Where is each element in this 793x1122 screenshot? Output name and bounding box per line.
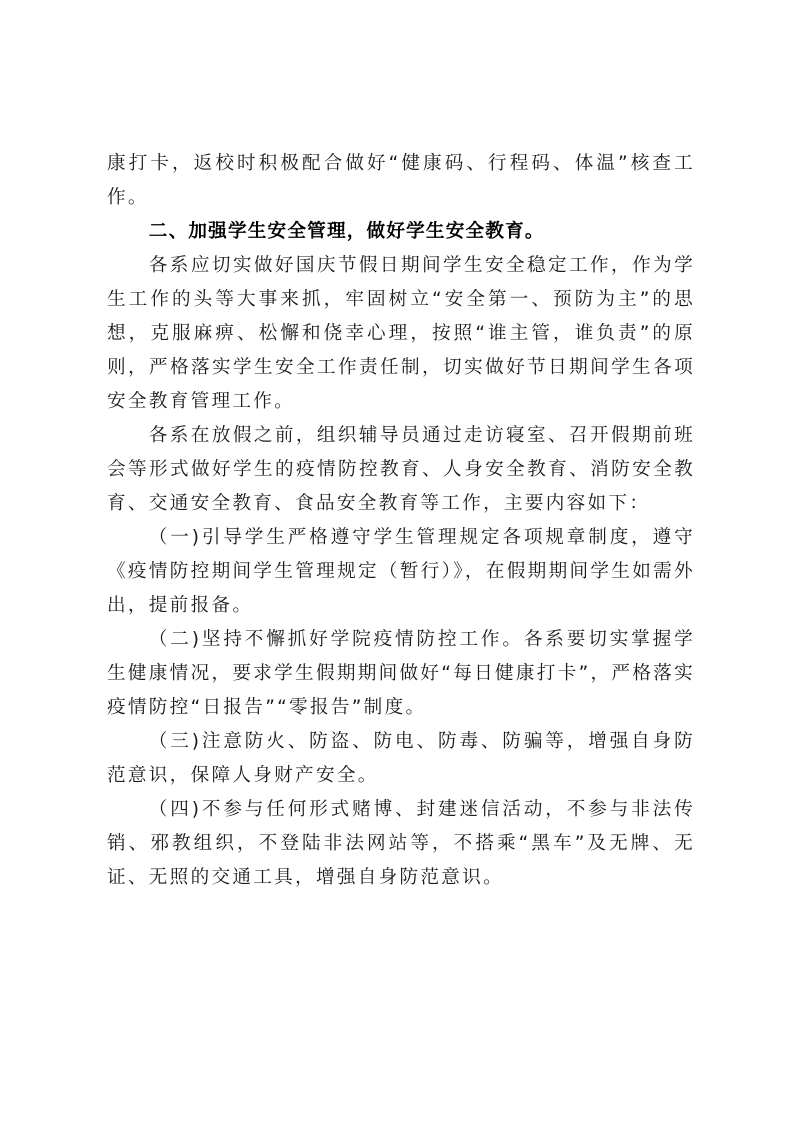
document-page: 康打卡，返校时积极配合做好“健康码、行程码、体温”核查工作。 二、加强学生安全管… bbox=[0, 0, 793, 1122]
section-heading: 二、加强学生安全管理，做好学生安全教育。 bbox=[107, 215, 695, 249]
list-item-1: （一)引导学生严格遵守学生管理规定各项规章制度，遵守《疫情防控期间学生管理规定（… bbox=[107, 521, 695, 623]
document-body: 康打卡，返校时积极配合做好“健康码、行程码、体温”核查工作。 二、加强学生安全管… bbox=[107, 147, 695, 895]
paragraph-continuation: 康打卡，返校时积极配合做好“健康码、行程码、体温”核查工作。 bbox=[107, 147, 695, 215]
paragraph-body: 各系在放假之前，组织辅导员通过走访寝室、召开假期前班会等形式做好学生的疫情防控教… bbox=[107, 419, 695, 521]
list-item-3: （三)注意防火、防盗、防电、防毒、防骗等，增强自身防范意识，保障人身财产安全。 bbox=[107, 725, 695, 793]
list-item-4: （四)不参与任何形式赌博、封建迷信活动，不参与非法传销、邪教组织，不登陆非法网站… bbox=[107, 793, 695, 895]
list-item-2: （二)坚持不懈抓好学院疫情防控工作。各系要切实掌握学生健康情况，要求学生假期期间… bbox=[107, 623, 695, 725]
paragraph-body: 各系应切实做好国庆节假日期间学生安全稳定工作，作为学生工作的头等大事来抓，牢固树… bbox=[107, 249, 695, 419]
